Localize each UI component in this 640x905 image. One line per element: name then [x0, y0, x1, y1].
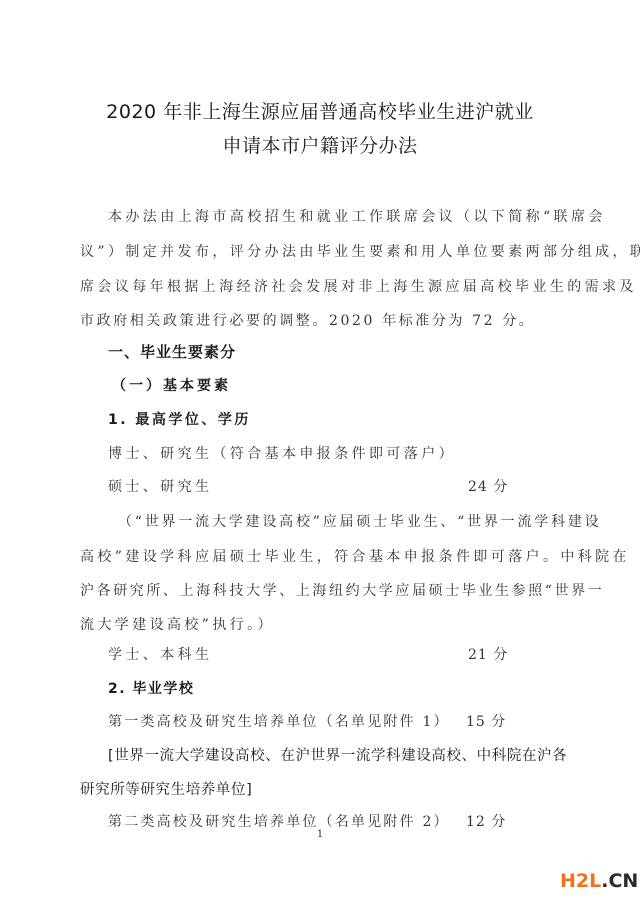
- school-row-score: 15 分: [466, 711, 506, 731]
- degree-row-score: 21 分: [468, 644, 508, 664]
- note-line: 流大学建设高校”执行。）: [80, 614, 275, 634]
- item-heading: 1. 最高学位、学历: [108, 409, 251, 429]
- intro-line: 席会议每年根据上海经济社会发展对非上海生源应届高校毕业生的需求及: [80, 276, 637, 296]
- bracket-note-line: 研究所等研究生培养单位]: [80, 778, 252, 799]
- page-number: 1: [0, 829, 640, 840]
- degree-row-label: 博士、研究生（符合基本申报条件即可落户）: [108, 443, 456, 463]
- note-line: 沪各研究所、上海科技大学、上海纽约大学应届硕士毕业生参照“世界一: [80, 580, 604, 600]
- intro-line: 本办法由上海市高校招生和就业工作联席会议（以下简称“联席会: [108, 206, 606, 226]
- degree-row-label: 学士、本科生: [108, 644, 212, 664]
- intro-line: 市政府相关政策进行必要的调整。2020 年标准分为 72 分。: [80, 310, 535, 330]
- document-title-line-1: 2020 年非上海生源应届普通高校毕业生进沪就业: [0, 97, 640, 124]
- degree-row-score: 24 分: [468, 476, 508, 496]
- intro-line: 议”）制定并发布，评分办法由毕业生要素和用人单位要素两部分组成，联: [80, 241, 640, 261]
- watermark-logo: H2L.CN: [560, 870, 638, 892]
- note-line: 高校”建设学科应届硕士毕业生，符合基本申报条件即可落户。中科院在: [80, 546, 630, 566]
- subsection-heading: （一）基本要素: [112, 375, 231, 395]
- school-row-label: 第一类高校及研究生培养单位（名单见附件 1）: [108, 711, 450, 731]
- note-line: （“世界一流大学建设高校”应届硕士毕业生、“世界一流学科建设: [118, 511, 601, 531]
- section-heading: 一、毕业生要素分: [108, 341, 236, 362]
- school-row-score: 12 分: [466, 811, 506, 831]
- degree-row-label: 硕士、研究生: [108, 476, 212, 496]
- watermark-part-2: .CN: [601, 870, 638, 892]
- watermark-part-1: H2L: [560, 870, 601, 892]
- document-page: 2020 年非上海生源应届普通高校毕业生进沪就业 申请本市户籍评分办法 本办法由…: [0, 0, 640, 905]
- school-row-label: 第二类高校及研究生培养单位（名单见附件 2）: [108, 811, 450, 831]
- document-title-line-2: 申请本市户籍评分办法: [0, 131, 640, 158]
- item-heading: 2. 毕业学校: [108, 678, 194, 698]
- bracket-note-line: [世界一流大学建设高校、在沪世界一流学科建设高校、中科院在沪各: [108, 744, 567, 765]
